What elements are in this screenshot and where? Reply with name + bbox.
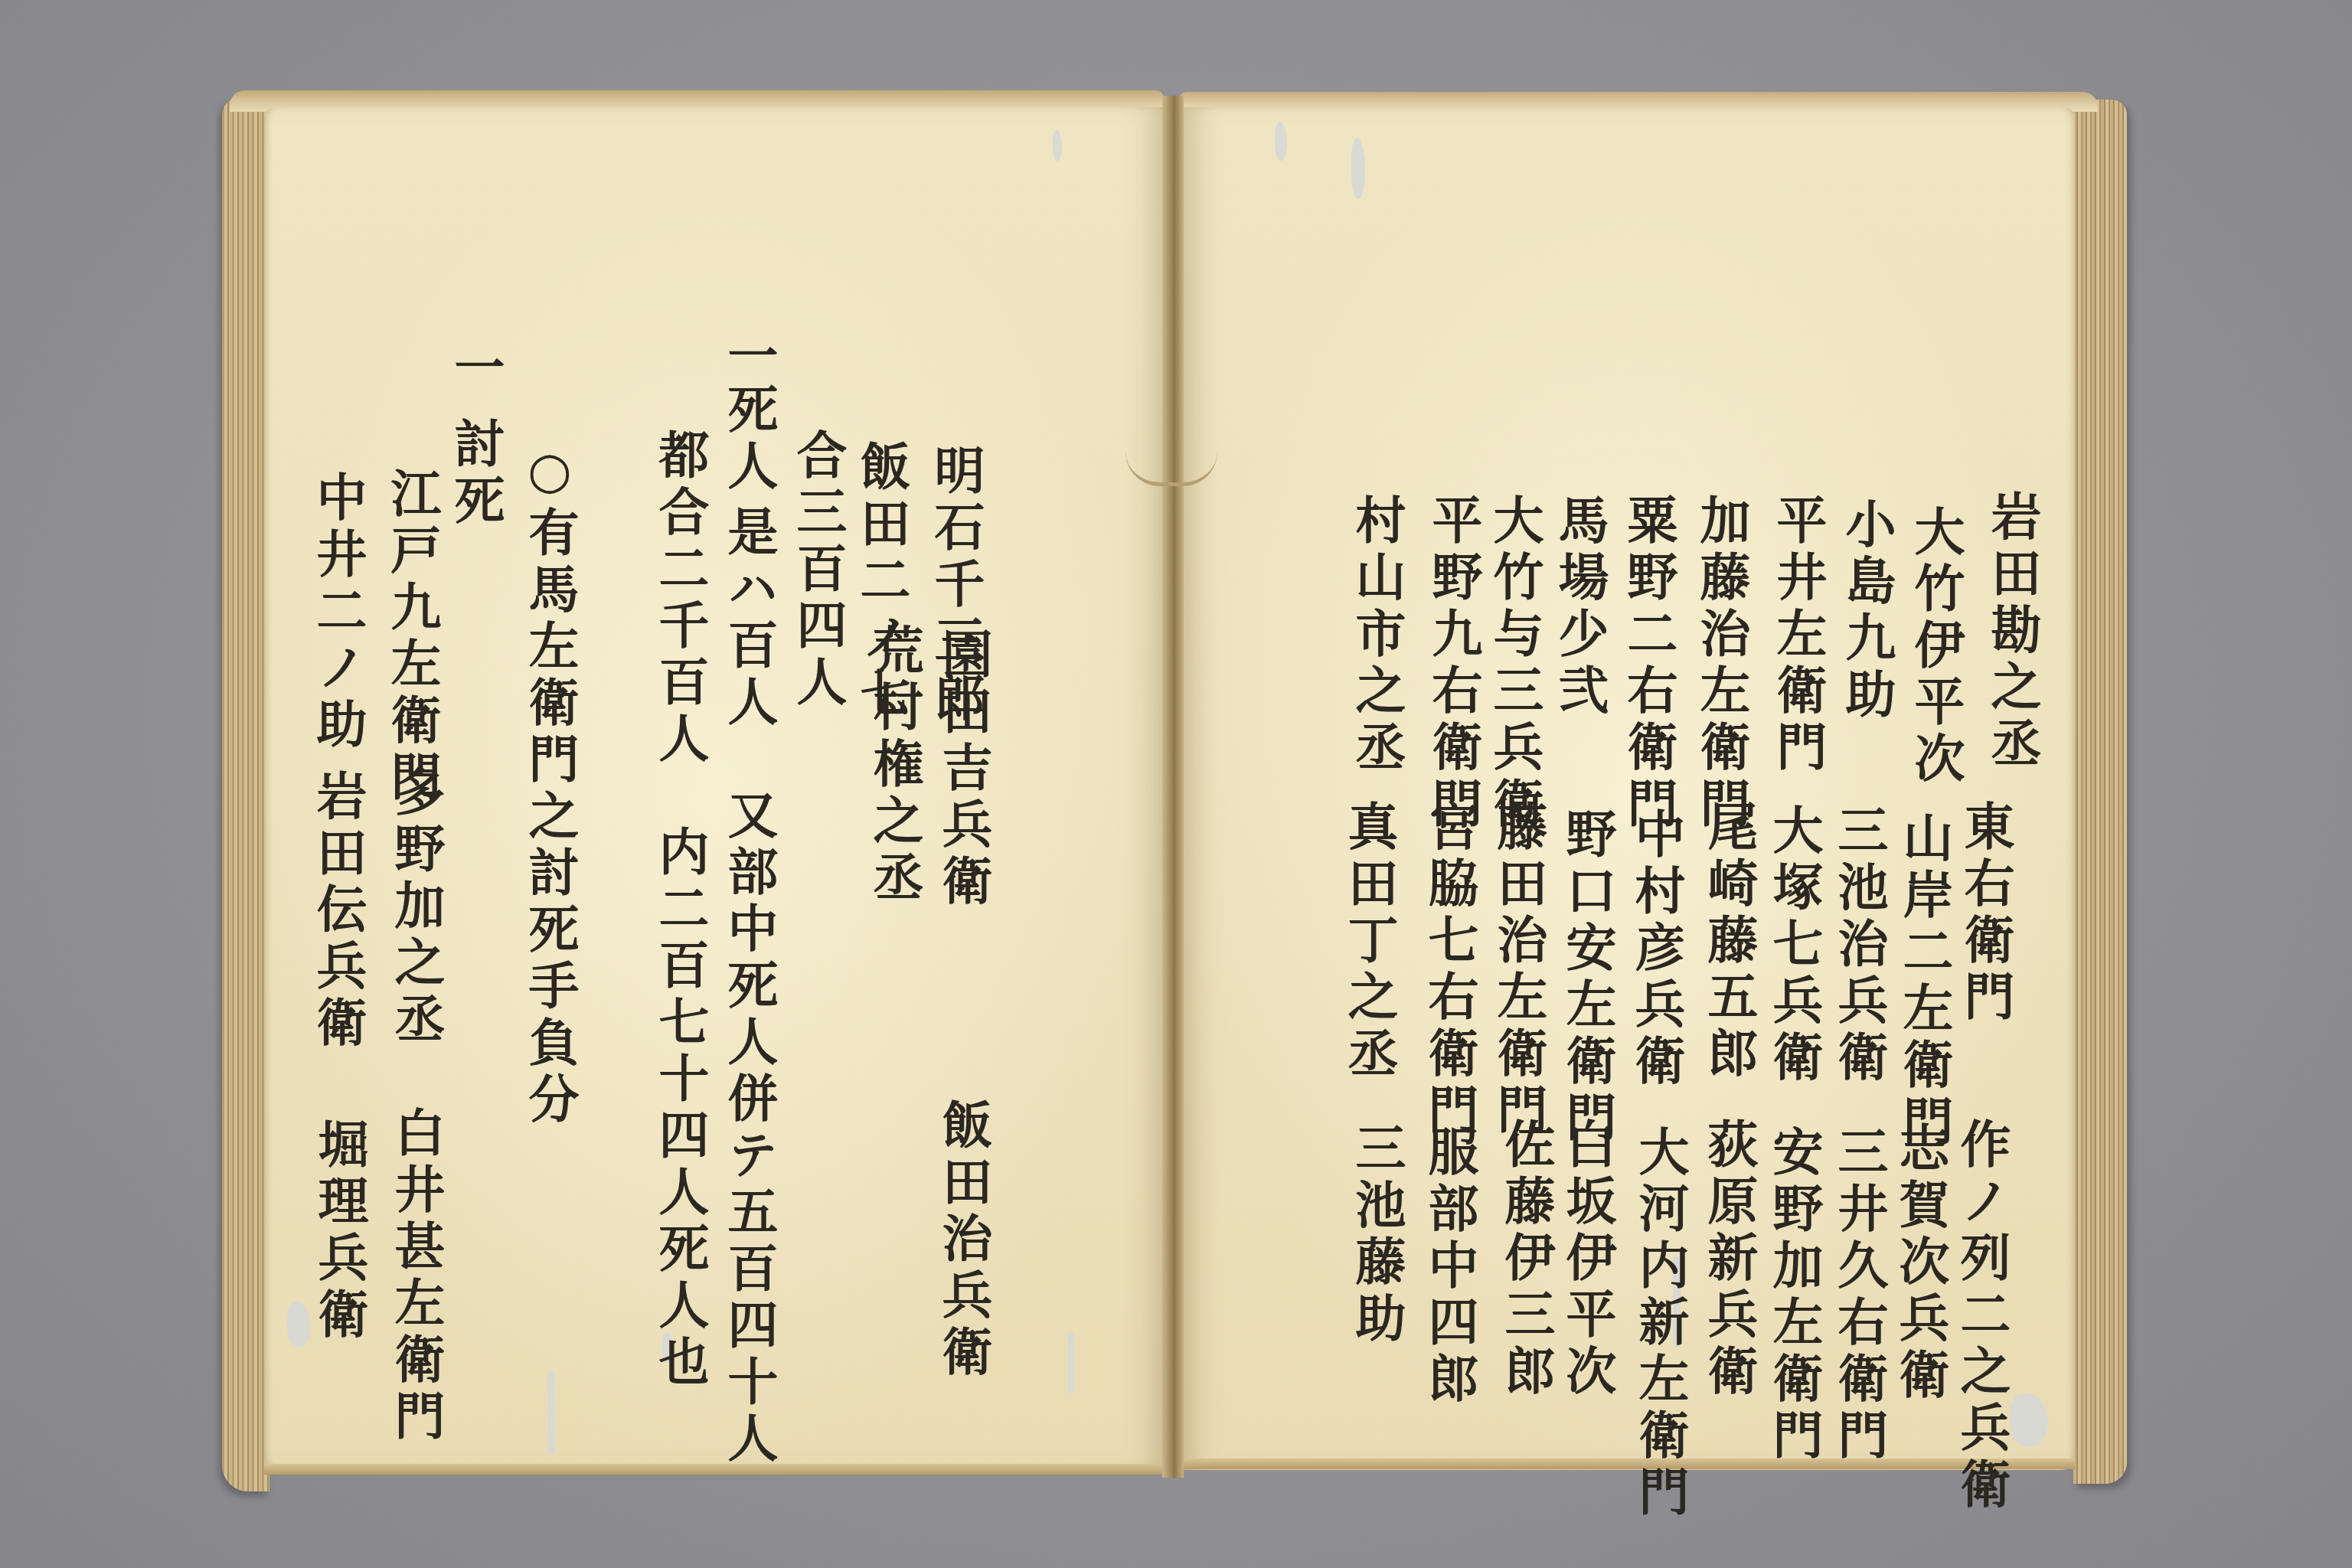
text-column: 大塚七兵衛 <box>1769 804 1819 1087</box>
text-column: 合三百四人 <box>792 429 843 712</box>
text-column: 真田丁之丞 <box>1344 800 1394 1083</box>
text-column: 尾崎藤五郎 <box>1704 800 1754 1083</box>
text-column: 安野加左衛門 <box>1769 1125 1819 1465</box>
text-column: 岩田勘之丞 <box>1987 490 2037 773</box>
text-column: 三池治兵衛 <box>1834 804 1884 1087</box>
paper-damage <box>1351 138 1365 199</box>
paper-damage <box>1275 122 1287 161</box>
text-column: 服部中四郎 <box>1424 1125 1475 1409</box>
text-column: 平野九右衛門 <box>1428 494 1478 834</box>
text-column: 平井左衛門 <box>1772 494 1823 777</box>
paper-damage <box>2010 1393 2048 1447</box>
section-heading-deaths: 死人 <box>724 383 774 496</box>
text-column: 宮脇七右衛門 <box>1424 800 1475 1140</box>
paper-damage <box>287 1302 310 1347</box>
left-bottom-edge <box>264 1464 1164 1475</box>
book-gutter <box>1162 96 1184 1478</box>
paper-damage <box>1068 1332 1074 1393</box>
right-page-stack-edge <box>2073 100 2127 1484</box>
left-page-stack-edge <box>222 98 269 1491</box>
right-bottom-edge <box>1183 1459 2075 1469</box>
text-column: 大竹与三兵衛 <box>1489 494 1540 834</box>
text-column: 村山市之丞 <box>1351 494 1402 777</box>
text-column: 馬場少弐 <box>1554 494 1605 720</box>
text-column: 江戸九左衛門 <box>387 467 437 807</box>
text-column: 三井久右衛門 <box>1834 1125 1884 1465</box>
open-book: 明石千三郎 園田吉兵衛 飯田二ノ七 荒村権之丞 飯田治兵衛 合三百四人 一 死人… <box>0 0 2352 1568</box>
text-column: 粟野二右衛門 <box>1623 494 1674 834</box>
section-heading-killed: 討死 <box>450 417 501 531</box>
text-column: 飯田治兵衛 <box>938 1099 988 1382</box>
list-marker: 一 <box>724 329 774 386</box>
text-column: 佐藤伊三郎 <box>1501 1118 1551 1401</box>
text-column: 中村彦兵衛 <box>1631 808 1681 1091</box>
text-column: 荻原新兵衛 <box>1704 1118 1754 1401</box>
text-column: 大竹伊平次 <box>1910 505 1961 789</box>
text-column: 都合二千百人 内二百七十四人死人也 <box>655 429 705 1392</box>
text-column: 東右衛門 <box>1960 800 2011 1027</box>
text-column: 三池藤助 <box>1351 1122 1402 1348</box>
text-column: 園田吉兵衛 <box>938 628 988 911</box>
text-column: 荒村権之丞 <box>869 624 920 907</box>
text-column: 加藤治左衛門 <box>1696 494 1746 834</box>
text-column: 白井甚左衛門 <box>390 1106 441 1446</box>
text-column: 小島九助 <box>1841 498 1892 724</box>
text-column: 作ノ列二之兵衛 <box>1956 1118 2007 1514</box>
text-column: 藤田治左衛門 <box>1493 800 1543 1140</box>
text-column: 白坂伊平次 <box>1562 1118 1612 1401</box>
text-column: 山岸二左衛門 <box>1899 812 1949 1151</box>
section-heading-arima: ○有馬左衛門之討死手負分 <box>524 440 575 1129</box>
list-marker: 一 <box>450 341 501 397</box>
text-column: 堀理兵衛 <box>314 1118 364 1344</box>
text-column: 多野加之丞 <box>390 766 441 1049</box>
text-column: 大河内新左衛門 <box>1635 1125 1685 1522</box>
paper-damage <box>1053 130 1062 161</box>
paper-damage <box>547 1370 555 1455</box>
text-column: 野口安左衛門 <box>1562 808 1612 1148</box>
text-column: 岩田伝兵衛 <box>312 769 363 1053</box>
text-column: 是ハ百人 又部中死人併テ五百四十人 <box>724 505 774 1468</box>
text-column: 中井二ノ助 <box>312 471 363 754</box>
text-column: 志賀次兵衛 <box>1895 1122 1945 1405</box>
